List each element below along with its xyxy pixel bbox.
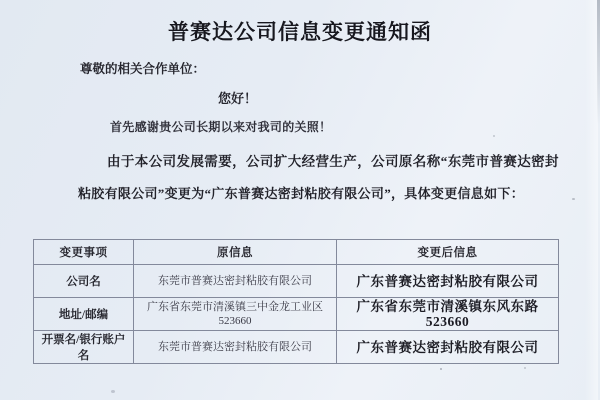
cell-address-new: 广东省东莞市清溪镇东风东路 523660 [337,298,559,331]
cell-text-line2: 523660 [138,314,332,328]
letter-title: 普赛达公司信息变更通知函 [0,16,600,46]
greeting-line: 您好！ [218,88,257,107]
col-header-change-item: 变更事项 [34,240,134,265]
scan-speck [572,198,575,200]
thanks-paragraph: 首先感谢贵公司长期以来对我司的关照！ [110,118,331,135]
cell-text: 广东普赛达密封粘胶有限公司 [341,274,554,289]
cell-invoice-name-old: 东莞市普赛达密封粘胶有限公司 [134,331,337,364]
table-header-row: 变更事项 原信息 变更后信息 [34,240,559,265]
row-company-name: 公司名 东莞市普赛达密封粘胶有限公司 广东普赛达密封粘胶有限公司 [34,265,559,298]
scan-speck [493,135,495,137]
row-invoice-account-name: 开票名/银行账户名 东莞市普赛达密封粘胶有限公司 广东普赛达密封粘胶有限公司 [34,331,559,364]
cell-address-old: 广东省东莞市清溪镇三中金龙工业区 523660 [134,298,337,331]
row-address-postcode: 地址/邮编 广东省东莞市清溪镇三中金龙工业区 523660 广东省东莞市清溪镇东… [34,298,559,331]
cell-text-line1: 广东省东莞市清溪镇东风东路 [341,299,554,314]
scan-speck [111,390,115,393]
cell-text: 东莞市普赛达密封粘胶有限公司 [138,340,332,354]
cell-address-label: 地址/邮编 [34,298,134,331]
cell-company-name-label: 公司名 [34,265,134,298]
salutation-line: 尊敬的相关合作单位： [80,59,205,77]
col-header-updated-info: 变更后信息 [337,240,559,265]
scan-speck [524,367,526,369]
cell-invoice-name-label: 开票名/银行账户名 [34,331,134,364]
letter-page: 普赛达公司信息变更通知函 尊敬的相关合作单位： 您好！ 首先感谢贵公司长期以来对… [0,0,600,400]
body-paragraph-line2: 粘胶有限公司”变更为“广东普赛达密封粘胶有限公司”，具体变更信息如下： [78,183,524,202]
change-info-table: 变更事项 原信息 变更后信息 公司名 东莞市普赛达密封粘胶有限公司 广东普赛达密… [33,239,559,364]
cell-text-line2: 523660 [341,314,554,329]
cell-company-name-old: 东莞市普赛达密封粘胶有限公司 [134,265,337,298]
cell-text: 东莞市普赛达密封粘胶有限公司 [138,274,332,288]
cell-company-name-new: 广东普赛达密封粘胶有限公司 [337,265,559,298]
scan-speck [440,368,442,370]
body-paragraph-line1: 由于本公司发展需要，公司扩大经营生产，公司原名称“东莞市普赛达密封 [107,150,559,170]
col-header-original-info: 原信息 [134,240,337,265]
cell-invoice-name-new: 广东普赛达密封粘胶有限公司 [337,331,559,364]
cell-text: 广东普赛达密封粘胶有限公司 [341,340,554,355]
cell-text-line1: 广东省东莞市清溪镇三中金龙工业区 [138,300,332,314]
